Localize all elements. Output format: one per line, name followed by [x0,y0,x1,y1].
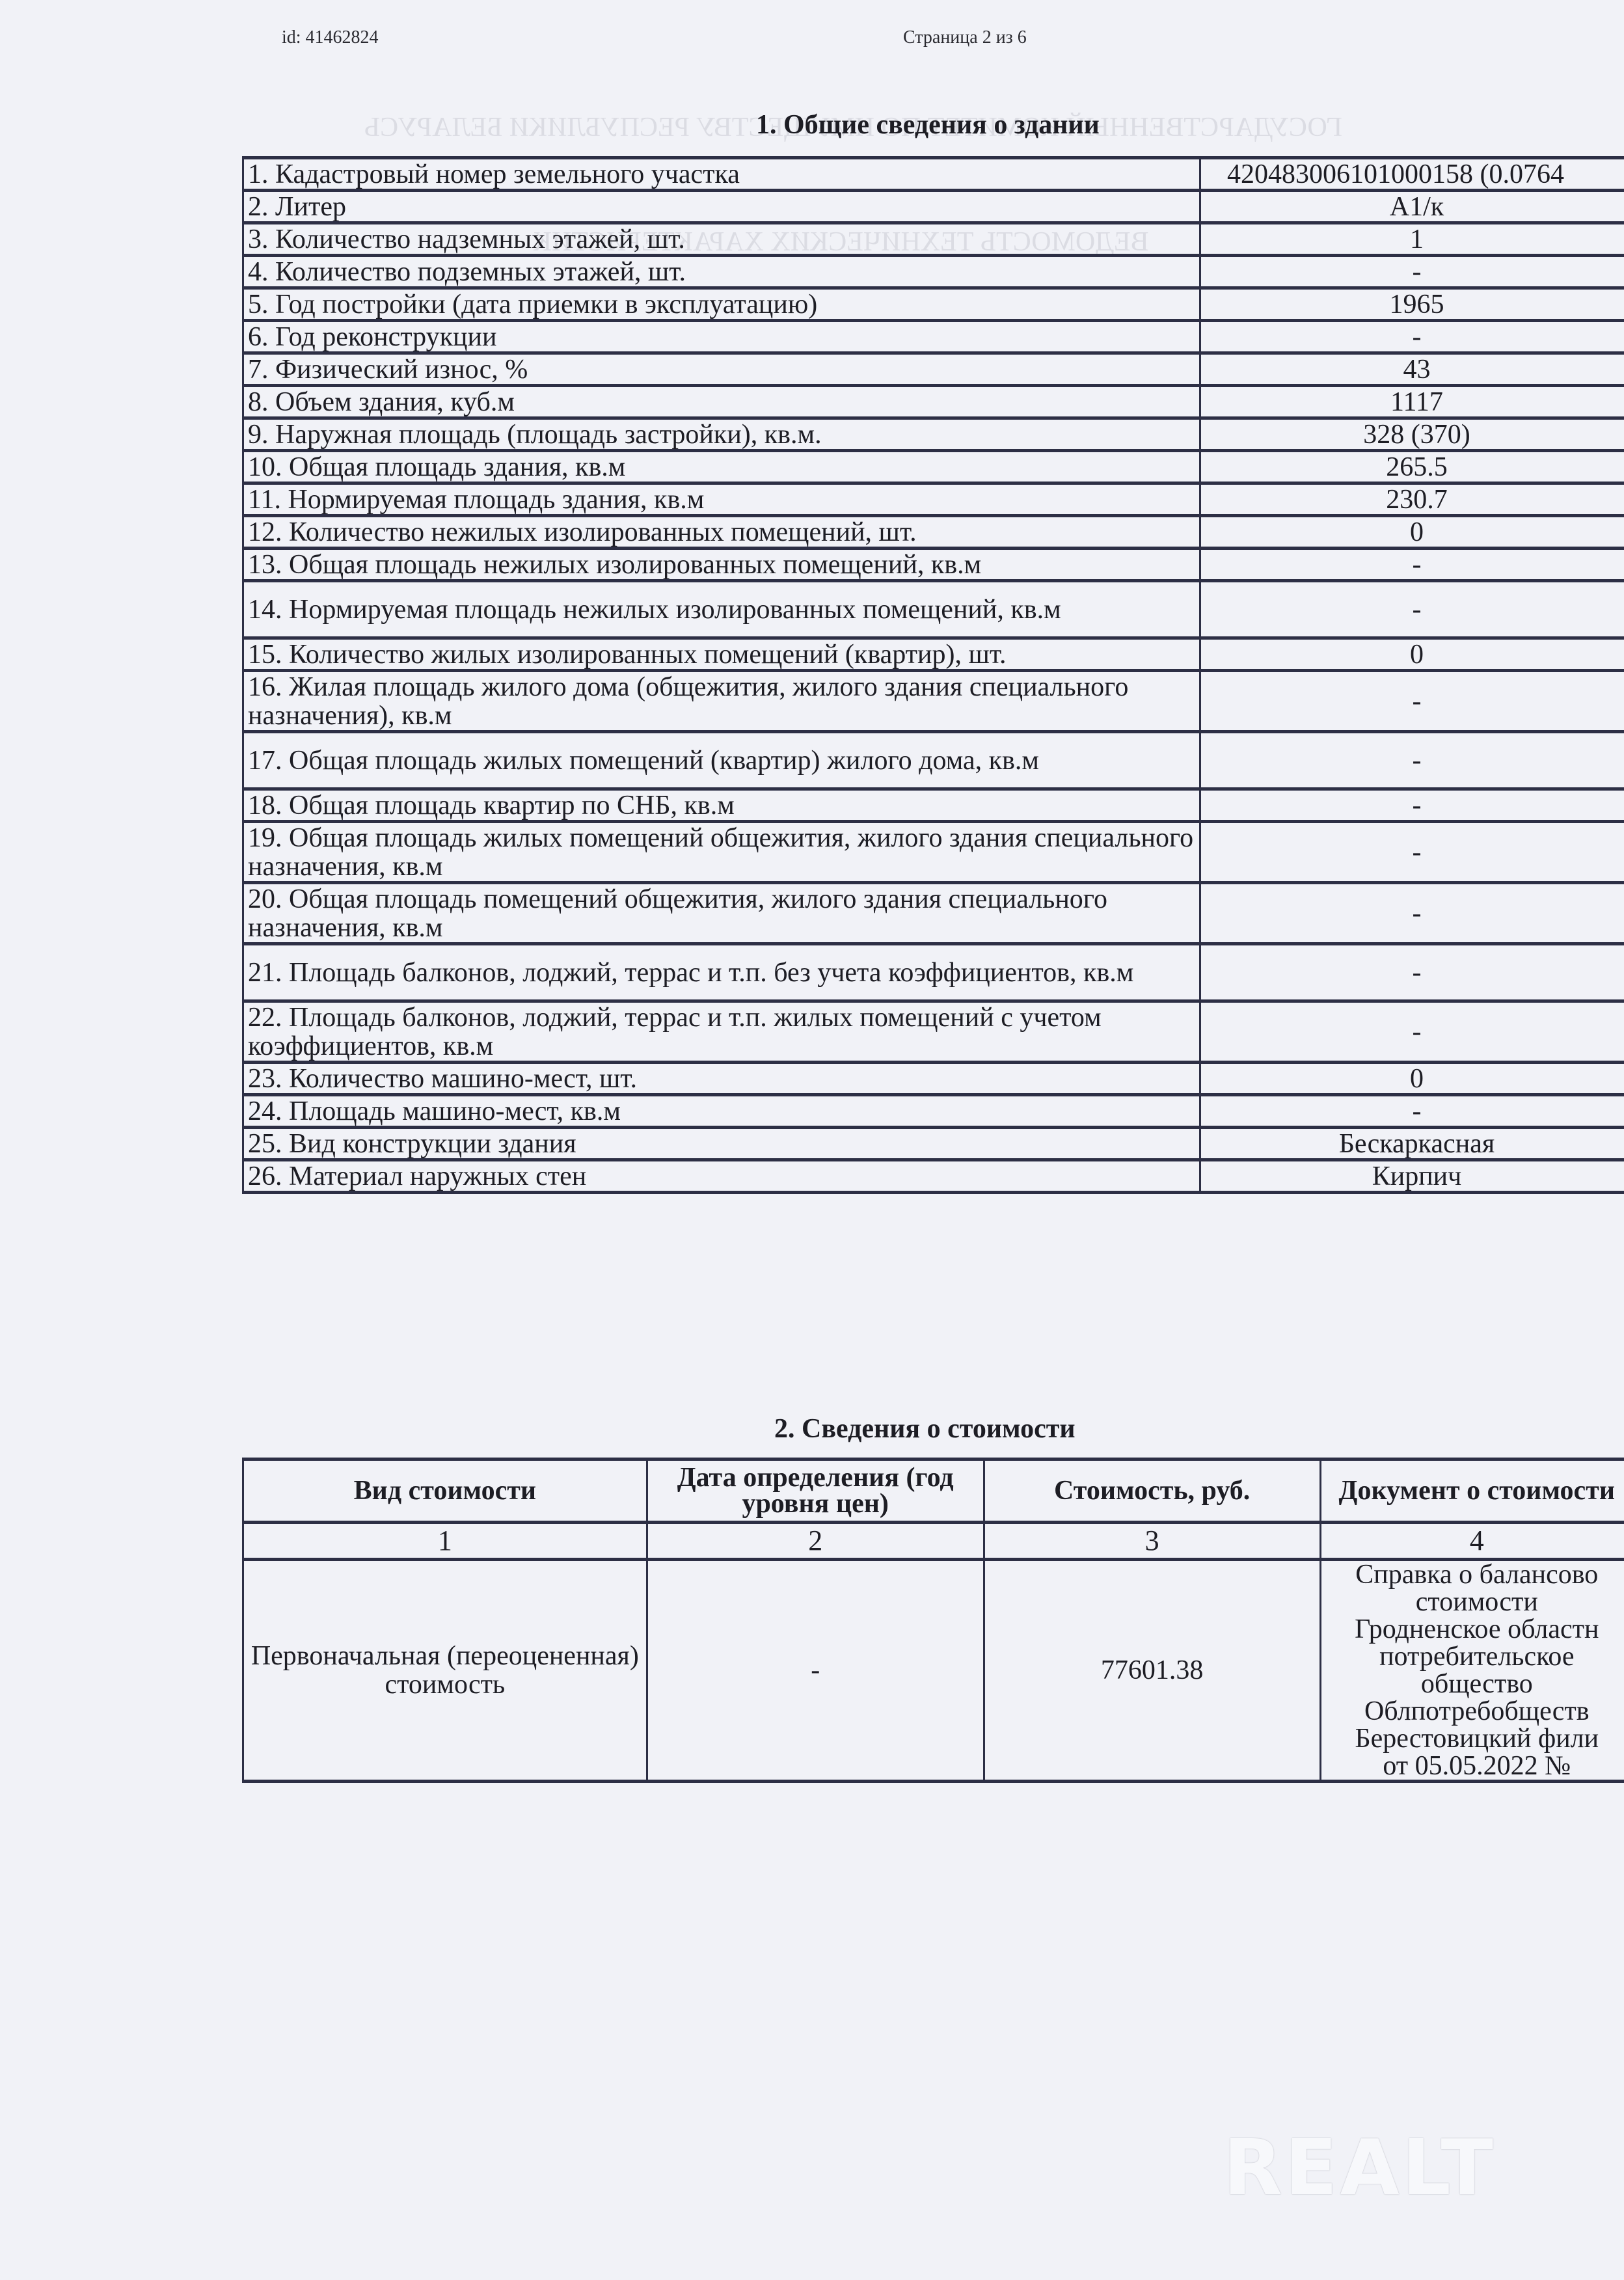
row-label: 20. Общая площадь помещений общежития, ж… [243,883,1200,944]
table-row: 19. Общая площадь жилых помещений общежи… [243,822,1624,883]
row-label: 6. Год реконструкции [243,321,1200,353]
column-number: 1 [243,1523,647,1560]
header-date: Дата определения (год уровня цен) [647,1459,984,1523]
table-row: 24. Площадь машино-мест, кв.м- [243,1095,1624,1128]
column-number: 4 [1320,1523,1624,1560]
table-row: 21. Площадь балконов, лоджий, террас и т… [243,944,1624,1001]
table-row: 11. Нормируемая площадь здания, кв.м230.… [243,483,1624,516]
row-label: 25. Вид конструкции здания [243,1128,1200,1160]
row-label: 15. Количество жилых изолированных помещ… [243,638,1200,671]
row-label: 3. Количество надземных этажей, шт. [243,223,1200,256]
row-value: 230.7 [1200,483,1624,516]
row-value: - [1200,789,1624,822]
header-cost: Стоимость, руб. [984,1459,1320,1523]
row-label: 1. Кадастровый номер земельного участка [243,158,1200,191]
cost-table-header: Вид стоимости Дата определения (год уров… [243,1459,1624,1523]
row-value: - [1200,944,1624,1001]
row-value: - [1200,822,1624,883]
row-label: 13. Общая площадь нежилых изолированных … [243,549,1200,581]
document-line: потребительское [1324,1643,1624,1670]
date-cell: - [647,1560,984,1782]
document-line: Гродненское областн [1324,1616,1624,1643]
table-row: 18. Общая площадь квартир по СНБ, кв.м- [243,789,1624,822]
row-value: 0 [1200,516,1624,549]
table-row: 14. Нормируемая площадь нежилых изолиров… [243,581,1624,638]
table-row: 3. Количество надземных этажей, шт.1 [243,223,1624,256]
row-label: 16. Жилая площадь жилого дома (общежития… [243,671,1200,732]
row-label: 26. Материал наружных стен [243,1160,1200,1193]
realt-watermark-logo: REALT [1223,2123,1496,2212]
document-line: Справка о балансово [1324,1561,1624,1588]
row-value: Кирпич [1200,1160,1624,1193]
cost-table: Вид стоимости Дата определения (год уров… [242,1458,1624,1783]
header-cost-type: Вид стоимости [243,1459,647,1523]
row-value: 1965 [1200,288,1624,321]
table-row: Первоначальная (переоцененная) стоимость… [243,1560,1624,1782]
row-label: 5. Год постройки (дата приемки в эксплуа… [243,288,1200,321]
document-line: стоимости [1324,1588,1624,1616]
table-row: 10. Общая площадь здания, кв.м265.5 [243,451,1624,483]
column-number: 2 [647,1523,984,1560]
row-label: 7. Физический износ, % [243,353,1200,386]
table-row: 5. Год постройки (дата приемки в эксплуа… [243,288,1624,321]
row-value: - [1200,1095,1624,1128]
table-row: 6. Год реконструкции- [243,321,1624,353]
table-row: 1. Кадастровый номер земельного участка4… [243,158,1624,191]
building-info-table: 1. Кадастровый номер земельного участка4… [242,156,1624,1194]
section-1-title: 1. Общие сведения о здании [234,109,1624,141]
row-value: - [1200,549,1624,581]
row-label: 14. Нормируемая площадь нежилых изолиров… [243,581,1200,638]
row-value: - [1200,581,1624,638]
document-line: Берестовицкий фили [1324,1725,1624,1752]
row-value: - [1200,256,1624,288]
row-value: 265.5 [1200,451,1624,483]
table-row: 25. Вид конструкции зданияБескаркасная [243,1128,1624,1160]
row-label: 9. Наружная площадь (площадь застройки),… [243,418,1200,451]
table-row: 15. Количество жилых изолированных помещ… [243,638,1624,671]
header-document: Документ о стоимости [1320,1459,1624,1523]
row-value: 43 [1200,353,1624,386]
document-line: Облпотребобществ [1324,1698,1624,1725]
table-row: 9. Наружная площадь (площадь застройки),… [243,418,1624,451]
row-value: 1117 [1200,386,1624,418]
table-row: 22. Площадь балконов, лоджий, террас и т… [243,1001,1624,1063]
row-label: 19. Общая площадь жилых помещений общежи… [243,822,1200,883]
row-label: 2. Литер [243,191,1200,223]
table-row: 8. Объем здания, куб.м1117 [243,386,1624,418]
row-label: 8. Объем здания, куб.м [243,386,1200,418]
row-label: 11. Нормируемая площадь здания, кв.м [243,483,1200,516]
page-number: Страница 2 из 6 [903,27,1027,48]
table-row: 23. Количество машино-мест, шт.0 [243,1063,1624,1095]
row-value: 328 (370) [1200,418,1624,451]
row-value: - [1200,883,1624,944]
table-row: 12. Количество нежилых изолированных пом… [243,516,1624,549]
row-value: - [1200,671,1624,732]
row-value: - [1200,732,1624,789]
row-value: Бескаркасная [1200,1128,1624,1160]
row-value: А1/к [1200,191,1624,223]
column-numbers-row: 1 2 3 4 [243,1523,1624,1560]
row-label: 21. Площадь балконов, лоджий, террас и т… [243,944,1200,1001]
row-value: - [1200,1001,1624,1063]
table-row: 7. Физический износ, %43 [243,353,1624,386]
row-label: 17. Общая площадь жилых помещений (кварт… [243,732,1200,789]
row-label: 23. Количество машино-мест, шт. [243,1063,1200,1095]
cost-type-cell: Первоначальная (переоцененная) стоимость [243,1560,647,1782]
row-label: 24. Площадь машино-мест, кв.м [243,1095,1200,1128]
row-label: 12. Количество нежилых изолированных пом… [243,516,1200,549]
table-row: 20. Общая площадь помещений общежития, ж… [243,883,1624,944]
document-line: от 05.05.2022 № [1324,1752,1624,1780]
row-value: 1 [1200,223,1624,256]
table-row: 4. Количество подземных этажей, шт.- [243,256,1624,288]
row-label: 22. Площадь балконов, лоджий, террас и т… [243,1001,1200,1063]
table-row: 13. Общая площадь нежилых изолированных … [243,549,1624,581]
column-number: 3 [984,1523,1320,1560]
document-line: общество [1324,1670,1624,1698]
row-value: 420483006101000158 (0.0764 [1200,158,1624,191]
row-value: 0 [1200,638,1624,671]
table-row: 16. Жилая площадь жилого дома (общежития… [243,671,1624,732]
row-label: 10. Общая площадь здания, кв.м [243,451,1200,483]
cost-cell: 77601.38 [984,1560,1320,1782]
table-row: 2. ЛитерА1/к [243,191,1624,223]
row-label: 18. Общая площадь квартир по СНБ, кв.м [243,789,1200,822]
row-value: - [1200,321,1624,353]
table-row: 17. Общая площадь жилых помещений (кварт… [243,732,1624,789]
document-cell: Справка о балансовостоимостиГродненское … [1320,1560,1624,1782]
document-id: id: 41462824 [282,27,379,48]
table-row: 26. Материал наружных стенКирпич [243,1160,1624,1193]
section-2-title: 2. Сведения о стоимости [234,1413,1624,1445]
row-value: 0 [1200,1063,1624,1095]
row-label: 4. Количество подземных этажей, шт. [243,256,1200,288]
